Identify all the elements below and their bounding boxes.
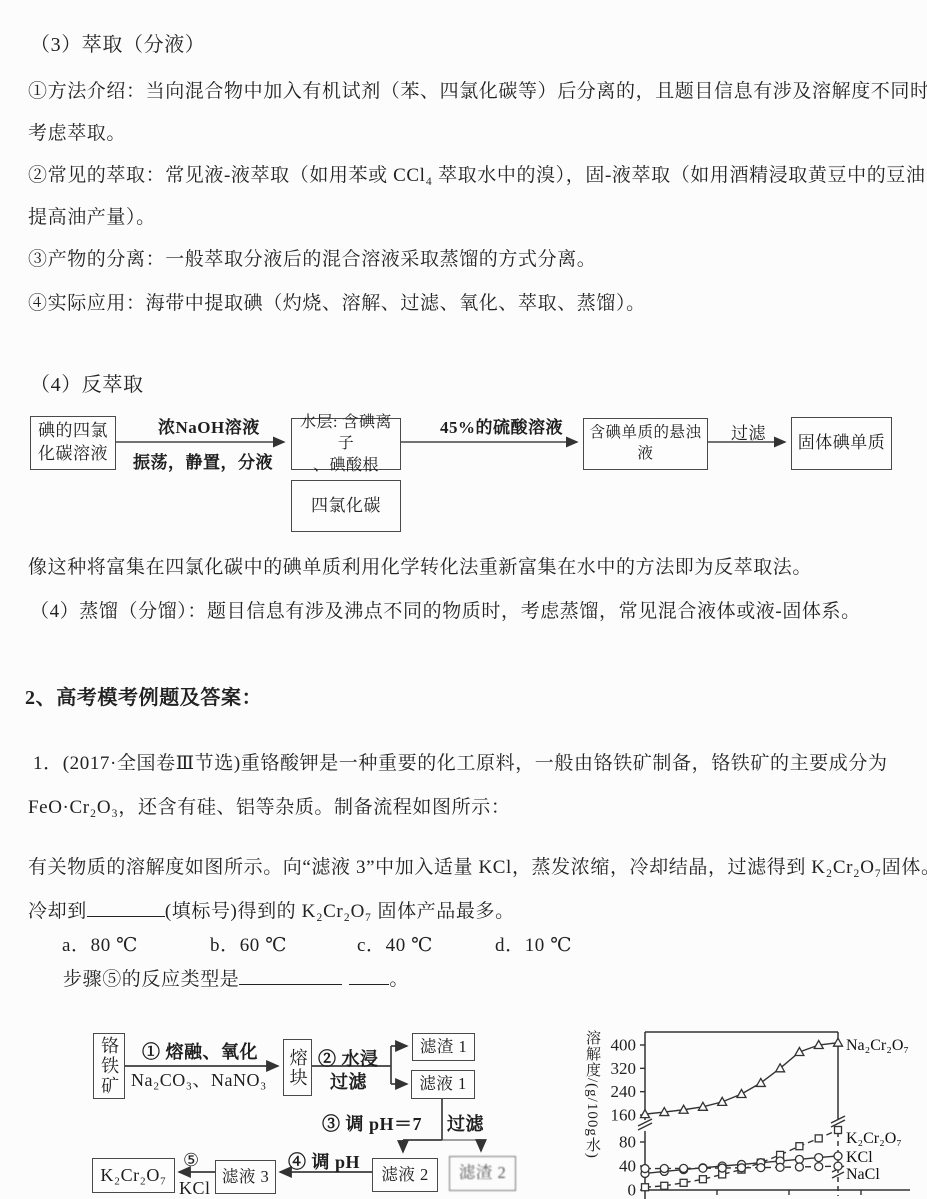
- flow-box-water-layer: 水层: 含碘离子 、碘酸根: [291, 418, 401, 470]
- flow-label-step4-adjust-ph: ④ 调 pH: [288, 1148, 360, 1174]
- heading-exam-examples: 2、高考模考例题及答案：: [25, 681, 262, 710]
- flow-label-sulfuric-acid: 45%的硫酸溶液: [440, 413, 563, 438]
- flow-box-water-layer-line2: 、碘酸根: [313, 457, 379, 474]
- chart-canvas: 40032024016080400Na₂Cr₂O₇K₂Cr₂O₇KClNaCl: [560, 1020, 927, 1199]
- flow-box-filtrate-1-label: 滤液 1: [419, 1073, 466, 1095]
- square-marker: [835, 1127, 842, 1134]
- flow-box-solid-iodine: 固体碘单质: [791, 417, 892, 470]
- flow-label-step2-filter: 过滤: [330, 1068, 367, 1094]
- flow-box-melt-block: 熔块: [283, 1039, 312, 1096]
- flow-box-solid-iodine-label: 固体碘单质: [798, 432, 886, 455]
- flow-label-step1-melt-oxidize: ① 熔融、氧化: [142, 1038, 258, 1064]
- question2-fill-label-text: (填标号)得到的 K₂Cr₂O₇ 固体产品最多。: [165, 901, 515, 922]
- chart-y-tick-label: 40: [619, 1157, 636, 1176]
- flow-box-filtrate-2-label: 滤液 2: [381, 1164, 428, 1186]
- flow-box-residue-1-label: 滤渣 1: [420, 1036, 467, 1058]
- flow-box-ccl4-label: 四氯化碳: [311, 495, 381, 518]
- scanned-chemistry-worksheet: { "extraction": { "heading": "（3）萃取（分液）"…: [0, 0, 927, 1199]
- circle-marker: [795, 1155, 803, 1163]
- paragraph-method-intro-line2: 考虑萃取。: [28, 118, 126, 145]
- chart-legend-4: NaCl: [846, 1166, 880, 1183]
- circle-marker: [641, 1165, 649, 1173]
- flow-label-shake-settle: 振荡，静置，分液: [133, 448, 273, 473]
- chart-legend-1: Na₂Cr₂O₇: [846, 1037, 909, 1054]
- paragraph-common-extraction-line1: ②常见的萃取：常见液-液萃取（如用苯或 CCl₄ 萃取水中的溴），固-液萃取（如…: [28, 160, 927, 187]
- square-marker: [815, 1135, 822, 1142]
- circle-marker: [699, 1164, 707, 1172]
- question1-line2: FeO·Cr₂O₃，还含有硅、铝等杂质。制备流程如图所示：: [28, 792, 510, 819]
- square-marker: [661, 1182, 668, 1189]
- flow-box-ccl4: 四氯化碳: [291, 480, 401, 532]
- flow-box-filtrate-3: 滤液 3: [215, 1160, 276, 1194]
- solubility-chart: 溶解度/(g/100g水) 40032024016080400Na₂Cr₂O₇K…: [560, 1020, 927, 1199]
- flow-box-suspension-label: 含碘单质的悬浊液: [584, 423, 707, 465]
- chart-y-tick-label: 80: [619, 1133, 636, 1152]
- question1-line1: 1．(2017·全国卷Ⅲ节选)重铬酸钾是一种重要的化工原料，一般由铬铁矿制备，铬…: [33, 748, 888, 775]
- circle-marker: [660, 1165, 668, 1173]
- chart-legend-2: K₂Cr₂O₇: [846, 1130, 902, 1147]
- chart-y-tick-label: 0: [628, 1181, 637, 1199]
- flow-label-step5: ⑤: [183, 1150, 200, 1171]
- triangle-marker: [834, 1038, 843, 1046]
- flow-box-water-layer-line1: 水层: 含碘离子: [300, 414, 392, 453]
- flow-box-iodine-ccl4-solution: 碘的四氯 化碳溶液: [30, 416, 116, 470]
- circle-marker: [718, 1164, 726, 1172]
- answer-blank-cooling[interactable]: [87, 897, 165, 917]
- paragraph-product-separation: ③产物的分离：一般萃取分液后的混合溶液采取蒸馏的方式分离。: [28, 244, 596, 271]
- flow-box-chromite-ore-label: 铬铁矿: [97, 1036, 121, 1096]
- flow-box-product-label: K₂Cr₂O₇: [100, 1163, 166, 1187]
- flow-box-residue-1: 滤渣 1: [412, 1033, 475, 1061]
- question3-period: 。: [389, 969, 409, 990]
- flow-box-filtrate-3-label: 滤液 3: [222, 1166, 269, 1188]
- chart-series-line-triangle: [645, 1043, 838, 1114]
- heading-extraction: （3）萃取（分液）: [30, 28, 205, 57]
- flow-label-step3-filter: 过滤: [447, 1110, 484, 1136]
- flow-label-step1-reagents: Na₂CO₃、NaNO₃: [131, 1066, 267, 1092]
- flow-label-naoh: 浓NaOH溶液: [158, 413, 260, 438]
- circle-marker: [795, 1163, 803, 1171]
- flow-box-filtrate-2: 滤液 2: [372, 1158, 438, 1192]
- circle-marker: [757, 1164, 765, 1172]
- option-c: c．40 ℃: [357, 930, 433, 957]
- square-marker: [699, 1176, 706, 1183]
- question2-line1: 有关物质的溶解度如图所示。向“滤液 3”中加入适量 KCl，蒸发浓缩，冷却结晶，…: [28, 852, 927, 879]
- flow-box-product-k2cr2o7: K₂Cr₂O₇: [92, 1158, 175, 1193]
- answer-blank-reaction-type-2[interactable]: [349, 965, 389, 985]
- triangle-marker: [737, 1090, 746, 1098]
- flow-box-suspension: 含碘单质的悬浊液: [583, 418, 708, 470]
- question3-line: 步骤⑤的反应类型是。: [63, 964, 409, 991]
- circle-marker: [738, 1164, 746, 1172]
- square-marker: [680, 1179, 687, 1186]
- question3-step5-text: 步骤⑤的反应类型是: [63, 969, 239, 990]
- flow-box-residue-2-label: 滤渣 2: [459, 1162, 506, 1184]
- chart-y-tick-label: 240: [611, 1082, 637, 1101]
- square-marker: [642, 1184, 649, 1191]
- heading-back-extraction: （4）反萃取: [30, 368, 144, 397]
- flow-box-iodine-ccl4-line2: 化碳溶液: [38, 444, 108, 463]
- circle-marker: [815, 1154, 823, 1162]
- flow-label-filter: 过滤: [731, 419, 766, 444]
- flow-box-chromite-ore: 铬铁矿: [93, 1033, 125, 1099]
- chart-y-tick-label: 320: [611, 1059, 637, 1078]
- triangle-marker: [756, 1078, 765, 1086]
- option-a: a．80 ℃: [62, 930, 138, 957]
- chart-legend-3: KCl: [846, 1149, 873, 1166]
- chart-y-tick-label: 160: [611, 1106, 637, 1125]
- flow-box-melt-block-label: 熔块: [285, 1048, 309, 1088]
- paragraph-practical-use: ④实际应用：海带中提取碘（灼烧、溶解、过滤、氧化、萃取、蒸馏）。: [28, 288, 646, 315]
- circle-marker: [815, 1163, 823, 1171]
- flow-label-step5-kcl: KCl: [179, 1178, 211, 1199]
- triangle-marker: [718, 1097, 727, 1105]
- flow-box-filtrate-1: 滤液 1: [411, 1070, 475, 1099]
- paragraph-back-extraction-note: 像这种将富集在四氯化碳中的碘单质利用化学转化法重新富集在水中的方法即为反萃取法。: [28, 552, 812, 579]
- square-marker: [796, 1143, 803, 1150]
- question2-cool-to-text: 冷却到: [28, 901, 87, 922]
- paragraph-distillation: （4）蒸馏（分馏）：题目信息有涉及沸点不同的物质时，考虑蒸馏，常见混合液体或液-…: [30, 596, 861, 623]
- paragraph-common-extraction-line2: 提高油产量）。: [28, 202, 156, 229]
- answer-blank-reaction-type-1[interactable]: [239, 965, 342, 985]
- circle-marker: [776, 1163, 784, 1171]
- flow-box-iodine-ccl4-line1: 碘的四氯: [38, 421, 108, 440]
- flow-label-step3-adjust-ph: ③ 调 pH＝7: [322, 1110, 422, 1136]
- option-b: b．60 ℃: [210, 930, 287, 957]
- circle-marker: [834, 1162, 842, 1170]
- chart-y-tick-label: 400: [611, 1036, 637, 1055]
- circle-marker: [834, 1152, 842, 1160]
- paragraph-method-intro-line1: ①方法介绍：当向混合物中加入有机试剂（苯、四氯化碳等）后分离的，且题目信息有涉及…: [28, 76, 927, 103]
- question2-line2: 冷却到(填标号)得到的 K₂Cr₂O₇ 固体产品最多。: [28, 896, 515, 923]
- option-d: d．10 ℃: [495, 930, 572, 957]
- circle-marker: [680, 1164, 688, 1172]
- flow-box-residue-2: 滤渣 2: [449, 1156, 516, 1191]
